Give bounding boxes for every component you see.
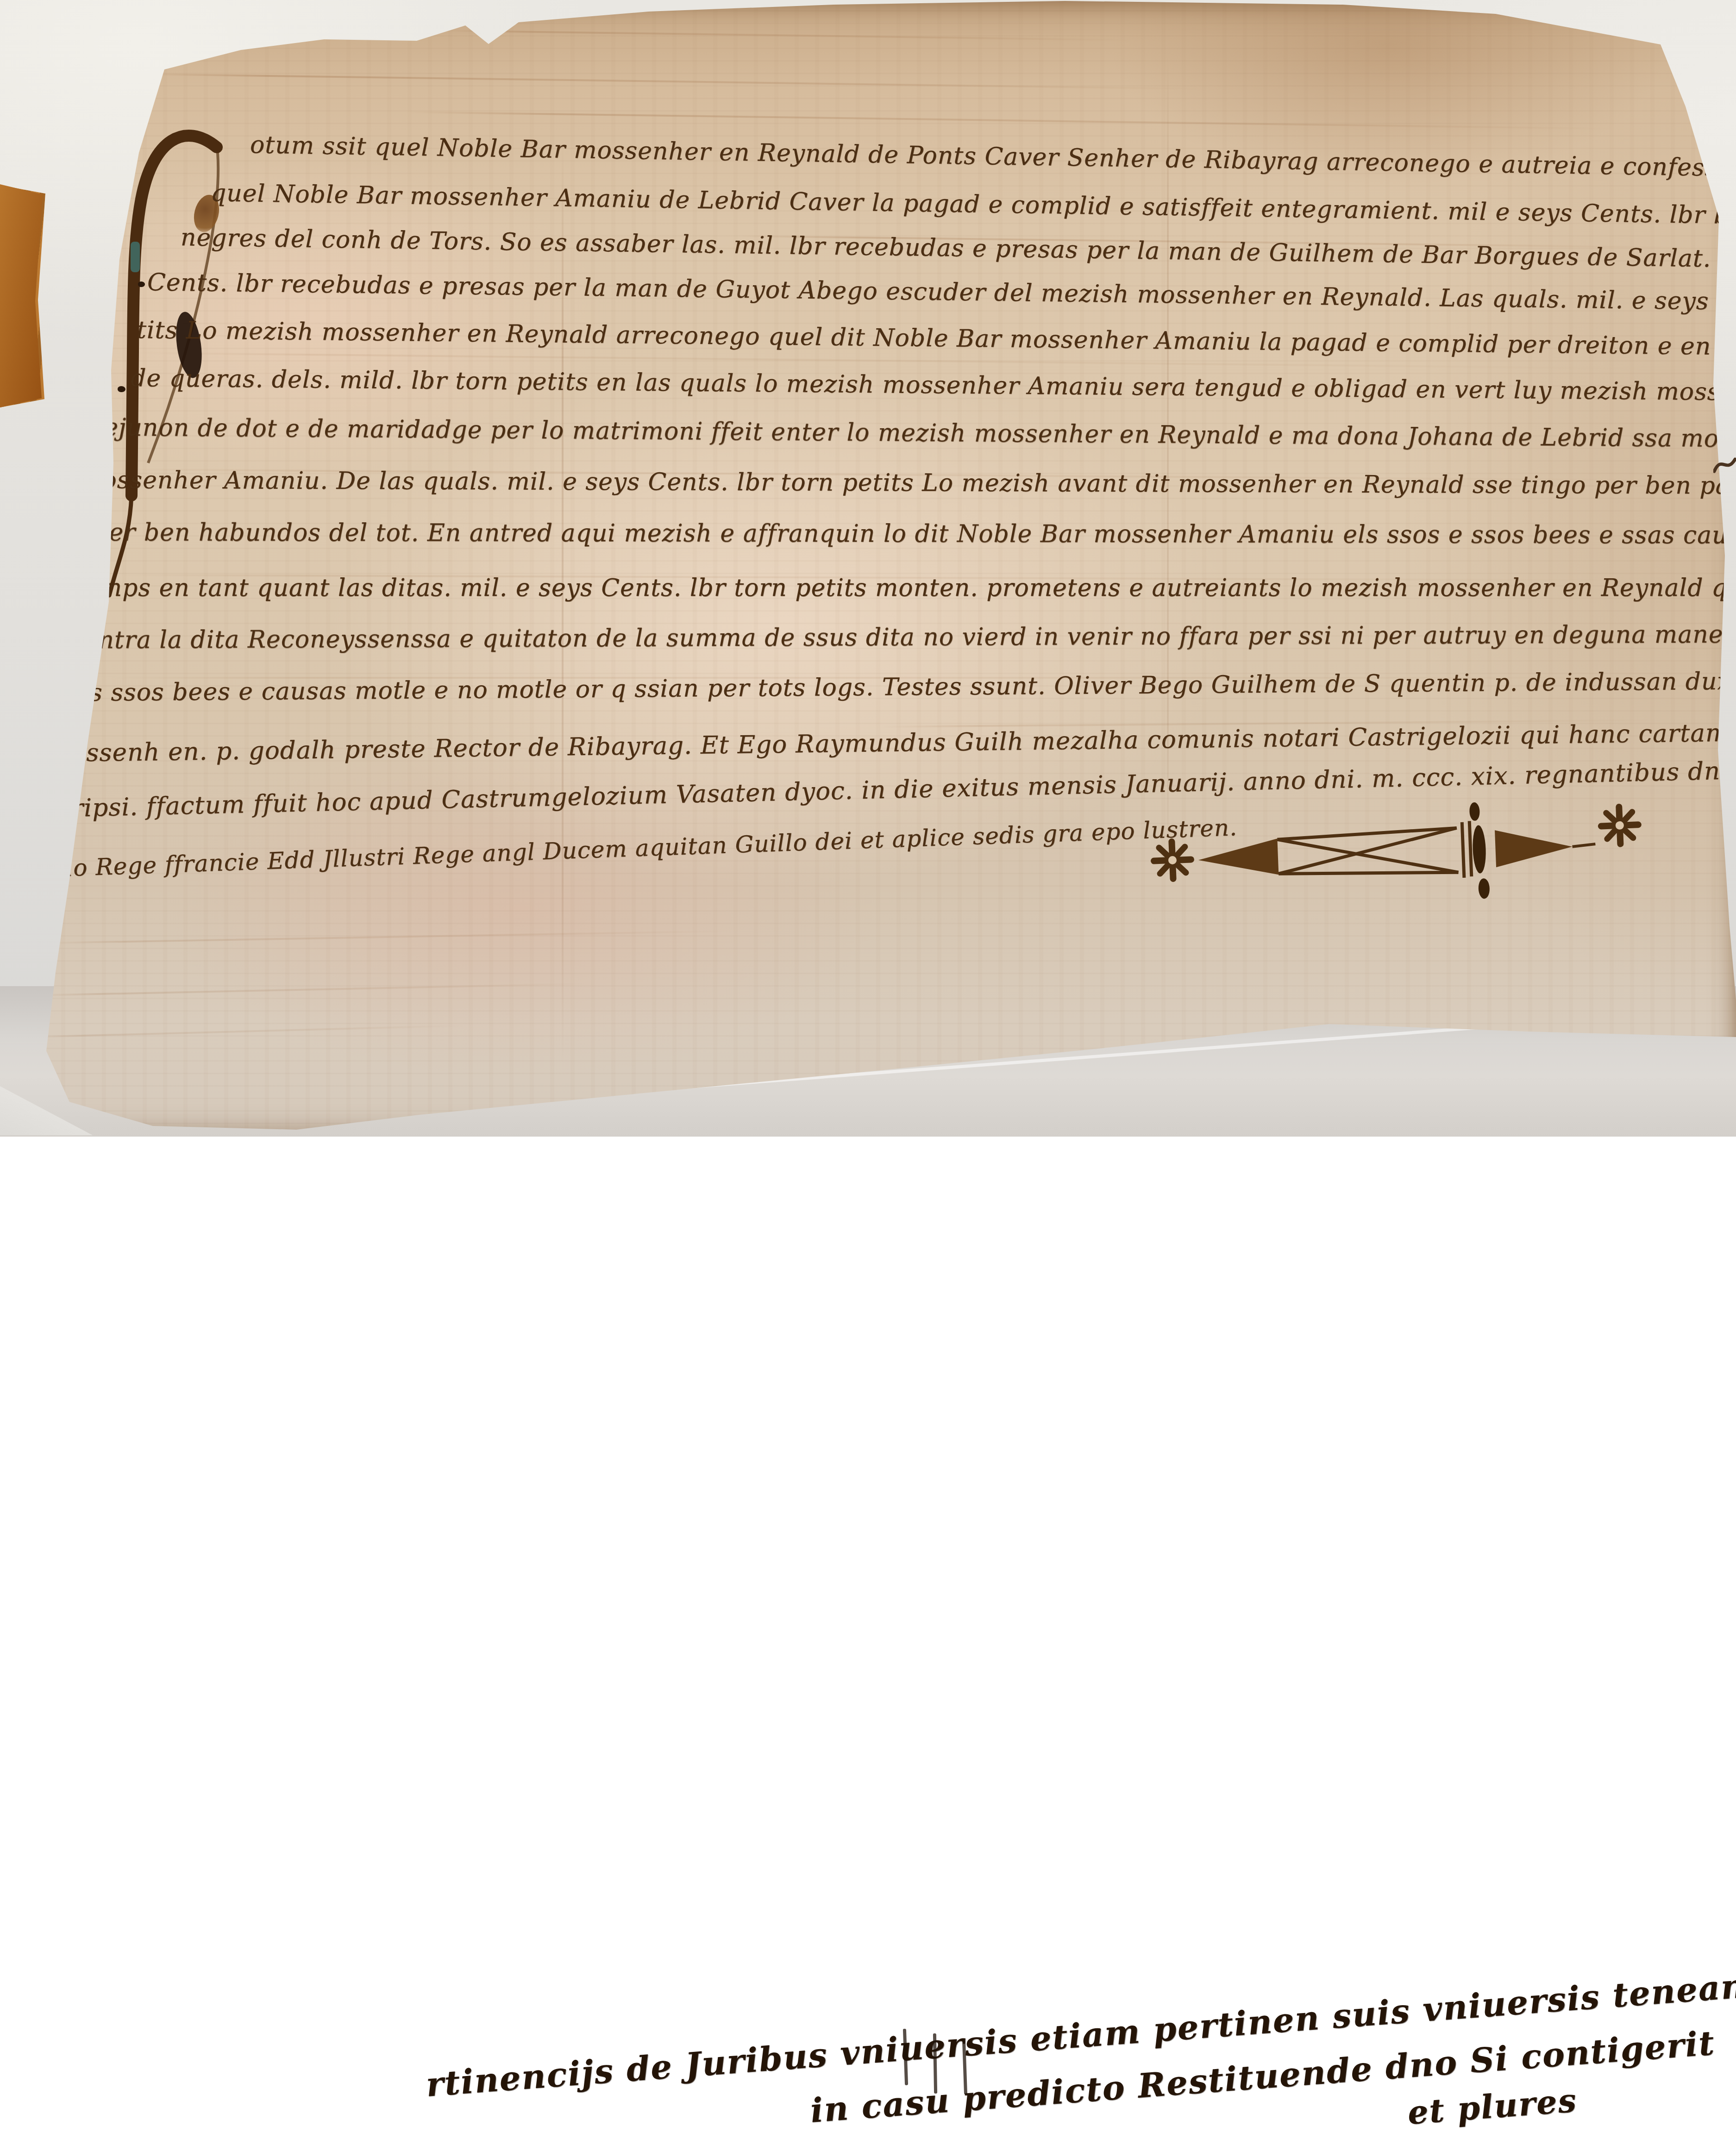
main-parchment: otum ssit quel Noble Bar mossenher en Re…: [0, 0, 1736, 1137]
notary-sign: [1139, 796, 1676, 935]
fold-line: [32, 983, 588, 996]
text-line: Cents. lbr recebudas e presas per la man…: [147, 269, 1736, 318]
text-line: temps en tant quant las ditas. mil. e se…: [74, 574, 1736, 602]
ruling-line: [130, 352, 1658, 370]
vertical-crease: [562, 139, 564, 1065]
ruling-line: [120, 469, 1672, 481]
text-line: dejunon de dot e de maridadge per lo mat…: [88, 413, 1736, 454]
ruling-line: [116, 574, 1644, 581]
ruling-line: [139, 73, 1204, 90]
notary-star-left: [1153, 841, 1191, 879]
ruling-line: [880, 719, 1667, 728]
ruling-line: [407, 111, 1621, 130]
fold-line: [28, 1025, 468, 1038]
ink-squiggle-mark: [1713, 450, 1736, 482]
ruling-line: [440, 30, 1134, 41]
notary-star-right: [1600, 806, 1639, 844]
text-line: quel Noble Bar mossenher Amaniu de Lebri…: [211, 179, 1736, 232]
ink-stain: [190, 192, 223, 235]
text-line: negres del conh de Tors. So es assaber l…: [181, 224, 1736, 275]
manuscript-photo-scene: rtinencijs de Juribus vniuersis etiam pe…: [0, 0, 1736, 1137]
text-line: pho Rege ffrancie Edd Jllustri Rege angl…: [42, 814, 1238, 882]
text-line: otum ssit quel Noble Bar mossenher en Re…: [250, 131, 1736, 184]
vertical-crease: [1167, 56, 1169, 880]
text-line: scripsi. ffactum ffuit hoc apud Castrumg…: [44, 757, 1736, 823]
margin-dot: [138, 281, 145, 287]
fold-line: [42, 930, 736, 944]
text-line: tits Lo mezish mossenher en Reynald arre…: [137, 316, 1736, 363]
text-line: mossenher Amaniu. De las quals. mil. e s…: [79, 466, 1736, 500]
text-line: contra la dita Reconeyssenssa e quitaton…: [69, 620, 1736, 654]
ruling-line: [111, 677, 1662, 679]
margin-dot: [118, 386, 125, 392]
text-line: e per ben habundos del tot. En antred aq…: [70, 519, 1736, 550]
text-line: mossenh en. p. godalh preste Rector de R…: [47, 719, 1730, 768]
ruling-line: [741, 235, 1690, 249]
text-line: de queras. dels. mild. lbr torn petits e…: [131, 364, 1736, 408]
text-line: tots ssos bees e causas motle e no motle…: [55, 667, 1736, 707]
